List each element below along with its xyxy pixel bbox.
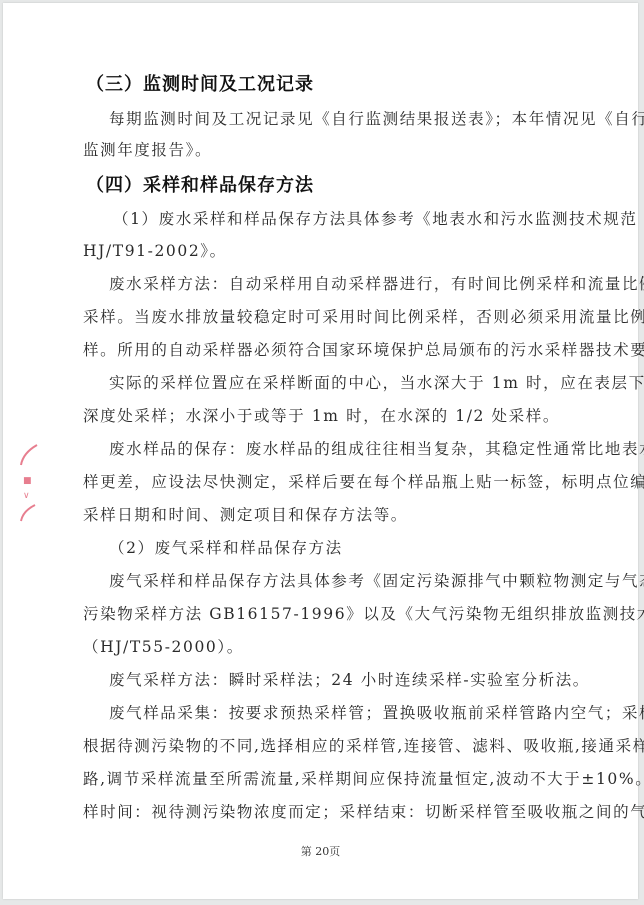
- subsection-title-exhaust-gas: （2）废气采样和样品保存方法: [109, 536, 343, 558]
- paragraph-line: 废气采样和样品保存方法具体参考《固定污染源排气中颗粒物测定与气态: [109, 569, 644, 591]
- paragraph-line: 每期监测时间及工况记录见《自行监测结果报送表》；本年情况见《自行: [109, 107, 644, 129]
- paragraph-line: 监测年度报告》。: [83, 138, 212, 160]
- paragraph-line: 采样日期和时间、测定项目和保存方法等。: [83, 503, 408, 525]
- paragraph-line: 路,调节采样流量至所需流量,采样期间应保持流量恒定,波动不大于±10%。采: [83, 767, 644, 789]
- page-number: 第 20页: [3, 843, 638, 859]
- document-page: ■ ∨ （三）监测时间及工况记录 每期监测时间及工况记录见《自行监测结果报送表》…: [3, 3, 638, 899]
- section-heading-monitoring-time: （三）监测时间及工况记录: [86, 70, 314, 96]
- paragraph-line: HJ/T91-2002》。: [83, 239, 227, 261]
- paragraph-line: 根据待测污染物的不同,选择相应的采样管,连接管、滤料、吸收瓶,接通采样管: [83, 734, 644, 756]
- paragraph-line: 废气采样方法：瞬时采样法；24 小时连续采样-实验室分析法。: [109, 668, 590, 690]
- paragraph-line: 污染物采样方法 GB16157-1996》以及《大气污染物无组织排放监测技术导则…: [83, 602, 644, 624]
- paragraph-line: 采样。当废水排放量较稳定时可采用时间比例采样，否则必须采用流量比例采: [83, 305, 644, 327]
- paragraph-line: （HJ/T55-2000）。: [83, 635, 244, 657]
- paragraph-line: 深度处采样；水深小于或等于 1m 时，在水深的 1/2 处采样。: [83, 404, 560, 426]
- paragraph-line: 样更差，应设法尽快测定，采样后要在每个样品瓶上贴一标签，标明点位编号、: [83, 470, 644, 492]
- paragraph-line: 废水采样方法：自动采样用自动采样器进行，有时间比例采样和流量比例: [109, 272, 644, 294]
- subsection-title-wastewater: （1）废水采样和样品保存方法具体参考《地表水和污水监测技术规范: [113, 207, 637, 229]
- document-content: （三）监测时间及工况记录 每期监测时间及工况记录见《自行监测结果报送表》；本年情…: [3, 3, 638, 899]
- paragraph-line: 样。所用的自动采样器必须符合国家环境保护总局颁布的污水采样器技术要求。: [83, 338, 644, 360]
- paragraph-line: 样时间：视待测污染物浓度而定；采样结束：切断采样管至吸收瓶之间的气路，: [83, 800, 644, 822]
- paragraph-line: 废水样品的保存：废水样品的组成往往相当复杂，其稳定性通常比地表水: [109, 437, 644, 459]
- paragraph-line: 实际的采样位置应在采样断面的中心，当水深大于 1m 时，应在表层下 1/4: [109, 371, 644, 393]
- paragraph-line: 废气样品采集：按要求预热采样管；置换吸收瓶前采样管路内空气；采样: [109, 701, 644, 723]
- section-heading-sampling-methods: （四）采样和样品保存方法: [86, 171, 314, 197]
